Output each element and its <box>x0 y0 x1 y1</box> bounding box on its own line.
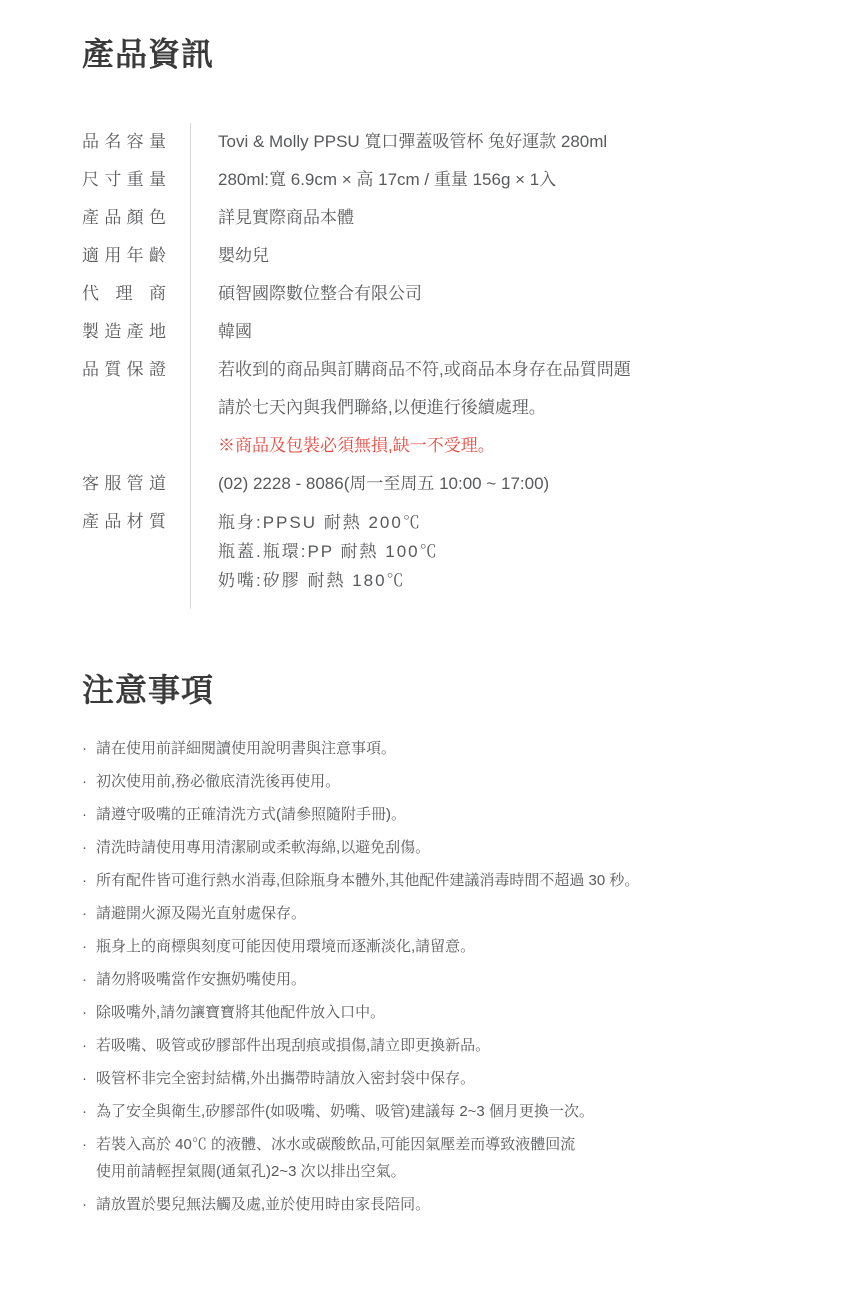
note-text: 請勿將吸嘴當作安撫奶嘴使用。 <box>96 971 306 988</box>
material-line-2: 瓶蓋.瓶環:PP 耐熱 100℃ <box>218 537 439 566</box>
vertical-divider <box>190 123 191 609</box>
row-label: 製造產地 <box>82 313 166 351</box>
note-text: 清洗時請使用專用清潔刷或柔軟海綿,以避免刮傷。 <box>96 839 430 856</box>
table-row-age: 適用年齡 嬰幼兒 <box>82 237 790 275</box>
row-value: 嬰幼兒 <box>218 237 269 275</box>
table-row-origin: 製造產地 韓國 <box>82 313 790 351</box>
note-item: ·請遵守吸嘴的正確清洗方式(請參照隨附手冊)。 <box>82 801 790 828</box>
note-item: ·若吸嘴、吸管或矽膠部件出現刮痕或損傷,請立即更換新品。 <box>82 1032 790 1059</box>
bullet-icon: · <box>82 768 87 795</box>
table-row-product-name: 品名容量 Tovi & Molly PPSU 寬口彈蓋吸管杯 兔好運款 280m… <box>82 123 790 161</box>
quality-line-1: 若收到的商品與訂購商品不符,或商品本身存在品質問題 <box>218 351 631 389</box>
notes-title: 注意事項 <box>82 671 790 709</box>
row-value: Tovi & Molly PPSU 寬口彈蓋吸管杯 兔好運款 280ml <box>218 123 607 161</box>
table-row-agent: 代 理 商 碩智國際數位整合有限公司 <box>82 275 790 313</box>
note-item: ·除吸嘴外,請勿讓寶寶將其他配件放入口中。 <box>82 999 790 1026</box>
bullet-icon: · <box>82 900 87 927</box>
note-item: ·請勿將吸嘴當作安撫奶嘴使用。 <box>82 966 790 993</box>
note-text: 請避開火源及陽光直射處保存。 <box>96 905 306 922</box>
row-label: 品質保證 <box>82 351 166 389</box>
table-row-service: 客服管道 (02) 2228 - 8086(周一至周五 10:00 ~ 17:0… <box>82 465 790 503</box>
quality-line-2: 請於七天內與我們聯絡,以便進行後續處理。 <box>218 389 631 427</box>
note-text: 若吸嘴、吸管或矽膠部件出現刮痕或損傷,請立即更換新品。 <box>96 1037 490 1054</box>
product-info-table: 品名容量 Tovi & Molly PPSU 寬口彈蓋吸管杯 兔好運款 280m… <box>82 123 790 609</box>
note-text: 除吸嘴外,請勿讓寶寶將其他配件放入口中。 <box>96 1004 385 1021</box>
row-value: 韓國 <box>218 313 252 351</box>
table-row-quality: 品質保證 若收到的商品與訂購商品不符,或商品本身存在品質問題 請於七天內與我們聯… <box>82 351 790 465</box>
row-label: 代 理 商 <box>82 275 166 313</box>
product-description-page: 產品資訊 品名容量 Tovi & Molly PPSU 寬口彈蓋吸管杯 兔好運款… <box>0 0 860 1264</box>
note-item: ·請放置於嬰兒無法觸及處,並於使用時由家長陪同。 <box>82 1191 790 1218</box>
note-item: ·請在使用前詳細閱讀使用說明書與注意事項。 <box>82 735 790 762</box>
note-item: ·吸管杯非完全密封結構,外出攜帶時請放入密封袋中保存。 <box>82 1065 790 1092</box>
table-row-color: 產品顏色 詳見實際商品本體 <box>82 199 790 237</box>
bullet-icon: · <box>82 1065 87 1092</box>
row-label: 客服管道 <box>82 465 166 503</box>
note-text: 若裝入高於 40℃ 的液體、冰水或碳酸飲品,可能因氣壓差而導致液體回流 <box>96 1136 575 1153</box>
bullet-icon: · <box>82 735 87 762</box>
row-value: (02) 2228 - 8086(周一至周五 10:00 ~ 17:00) <box>218 465 549 503</box>
bullet-icon: · <box>82 867 87 894</box>
notes-list: ·請在使用前詳細閱讀使用說明書與注意事項。 ·初次使用前,務必徹底清洗後再使用。… <box>82 735 790 1218</box>
row-value: 280ml:寬 6.9cm × 高 17cm / 重量 156g × 1入 <box>218 161 556 199</box>
note-item: ·若裝入高於 40℃ 的液體、冰水或碳酸飲品,可能因氣壓差而導致液體回流 使用前… <box>82 1131 790 1185</box>
note-item: ·瓶身上的商標與刻度可能因使用環境而逐漸淡化,請留意。 <box>82 933 790 960</box>
note-item: ·清洗時請使用專用清潔刷或柔軟海綿,以避免刮傷。 <box>82 834 790 861</box>
bullet-icon: · <box>82 999 87 1026</box>
note-text: 請放置於嬰兒無法觸及處,並於使用時由家長陪同。 <box>96 1196 430 1213</box>
row-label: 適用年齡 <box>82 237 166 275</box>
bullet-icon: · <box>82 1098 87 1125</box>
product-info-section: 產品資訊 品名容量 Tovi & Molly PPSU 寬口彈蓋吸管杯 兔好運款… <box>82 35 790 609</box>
table-row-dimensions: 尺寸重量 280ml:寬 6.9cm × 高 17cm / 重量 156g × … <box>82 161 790 199</box>
note-text-continuation: 使用前請輕捏氣閥(通氣孔)2~3 次以排出空氣。 <box>96 1158 790 1185</box>
note-text: 為了安全與衛生,矽膠部件(如吸嘴、奶嘴、吸管)建議每 2~3 個月更換一次。 <box>96 1103 594 1120</box>
note-item: ·為了安全與衛生,矽膠部件(如吸嘴、奶嘴、吸管)建議每 2~3 個月更換一次。 <box>82 1098 790 1125</box>
note-text: 所有配件皆可進行熱水消毒,但除瓶身本體外,其他配件建議消毒時間不超過 30 秒。 <box>96 872 639 889</box>
quality-warning-red: ※商品及包裝必須無損,缺一不受理。 <box>218 427 631 465</box>
bullet-icon: · <box>82 1032 87 1059</box>
note-text: 初次使用前,務必徹底清洗後再使用。 <box>96 773 340 790</box>
row-label: 尺寸重量 <box>82 161 166 199</box>
bullet-icon: · <box>82 1131 87 1158</box>
row-value: 若收到的商品與訂購商品不符,或商品本身存在品質問題 請於七天內與我們聯絡,以便進… <box>218 351 631 465</box>
note-item: ·所有配件皆可進行熱水消毒,但除瓶身本體外,其他配件建議消毒時間不超過 30 秒… <box>82 867 790 894</box>
table-row-material: 產品材質 瓶身:PPSU 耐熱 200℃ 瓶蓋.瓶環:PP 耐熱 100℃ 奶嘴… <box>82 503 790 595</box>
note-text: 請遵守吸嘴的正確清洗方式(請參照隨附手冊)。 <box>96 806 406 823</box>
material-line-3: 奶嘴:矽膠 耐熱 180℃ <box>218 566 439 595</box>
note-text: 請在使用前詳細閱讀使用說明書與注意事項。 <box>96 740 396 757</box>
note-text: 瓶身上的商標與刻度可能因使用環境而逐漸淡化,請留意。 <box>96 938 475 955</box>
row-label: 產品材質 <box>82 503 166 541</box>
product-info-title: 產品資訊 <box>82 35 790 73</box>
note-item: ·請避開火源及陽光直射處保存。 <box>82 900 790 927</box>
bullet-icon: · <box>82 933 87 960</box>
row-label: 品名容量 <box>82 123 166 161</box>
bullet-icon: · <box>82 1191 87 1218</box>
row-label: 產品顏色 <box>82 199 166 237</box>
note-text: 吸管杯非完全密封結構,外出攜帶時請放入密封袋中保存。 <box>96 1070 475 1087</box>
notes-section: 注意事項 ·請在使用前詳細閱讀使用說明書與注意事項。 ·初次使用前,務必徹底清洗… <box>82 671 790 1218</box>
row-value: 瓶身:PPSU 耐熱 200℃ 瓶蓋.瓶環:PP 耐熱 100℃ 奶嘴:矽膠 耐… <box>218 503 439 595</box>
row-value: 碩智國際數位整合有限公司 <box>218 275 422 313</box>
material-line-1: 瓶身:PPSU 耐熱 200℃ <box>218 508 439 537</box>
bullet-icon: · <box>82 834 87 861</box>
row-value: 詳見實際商品本體 <box>218 199 354 237</box>
note-item: ·初次使用前,務必徹底清洗後再使用。 <box>82 768 790 795</box>
bullet-icon: · <box>82 966 87 993</box>
bullet-icon: · <box>82 801 87 828</box>
